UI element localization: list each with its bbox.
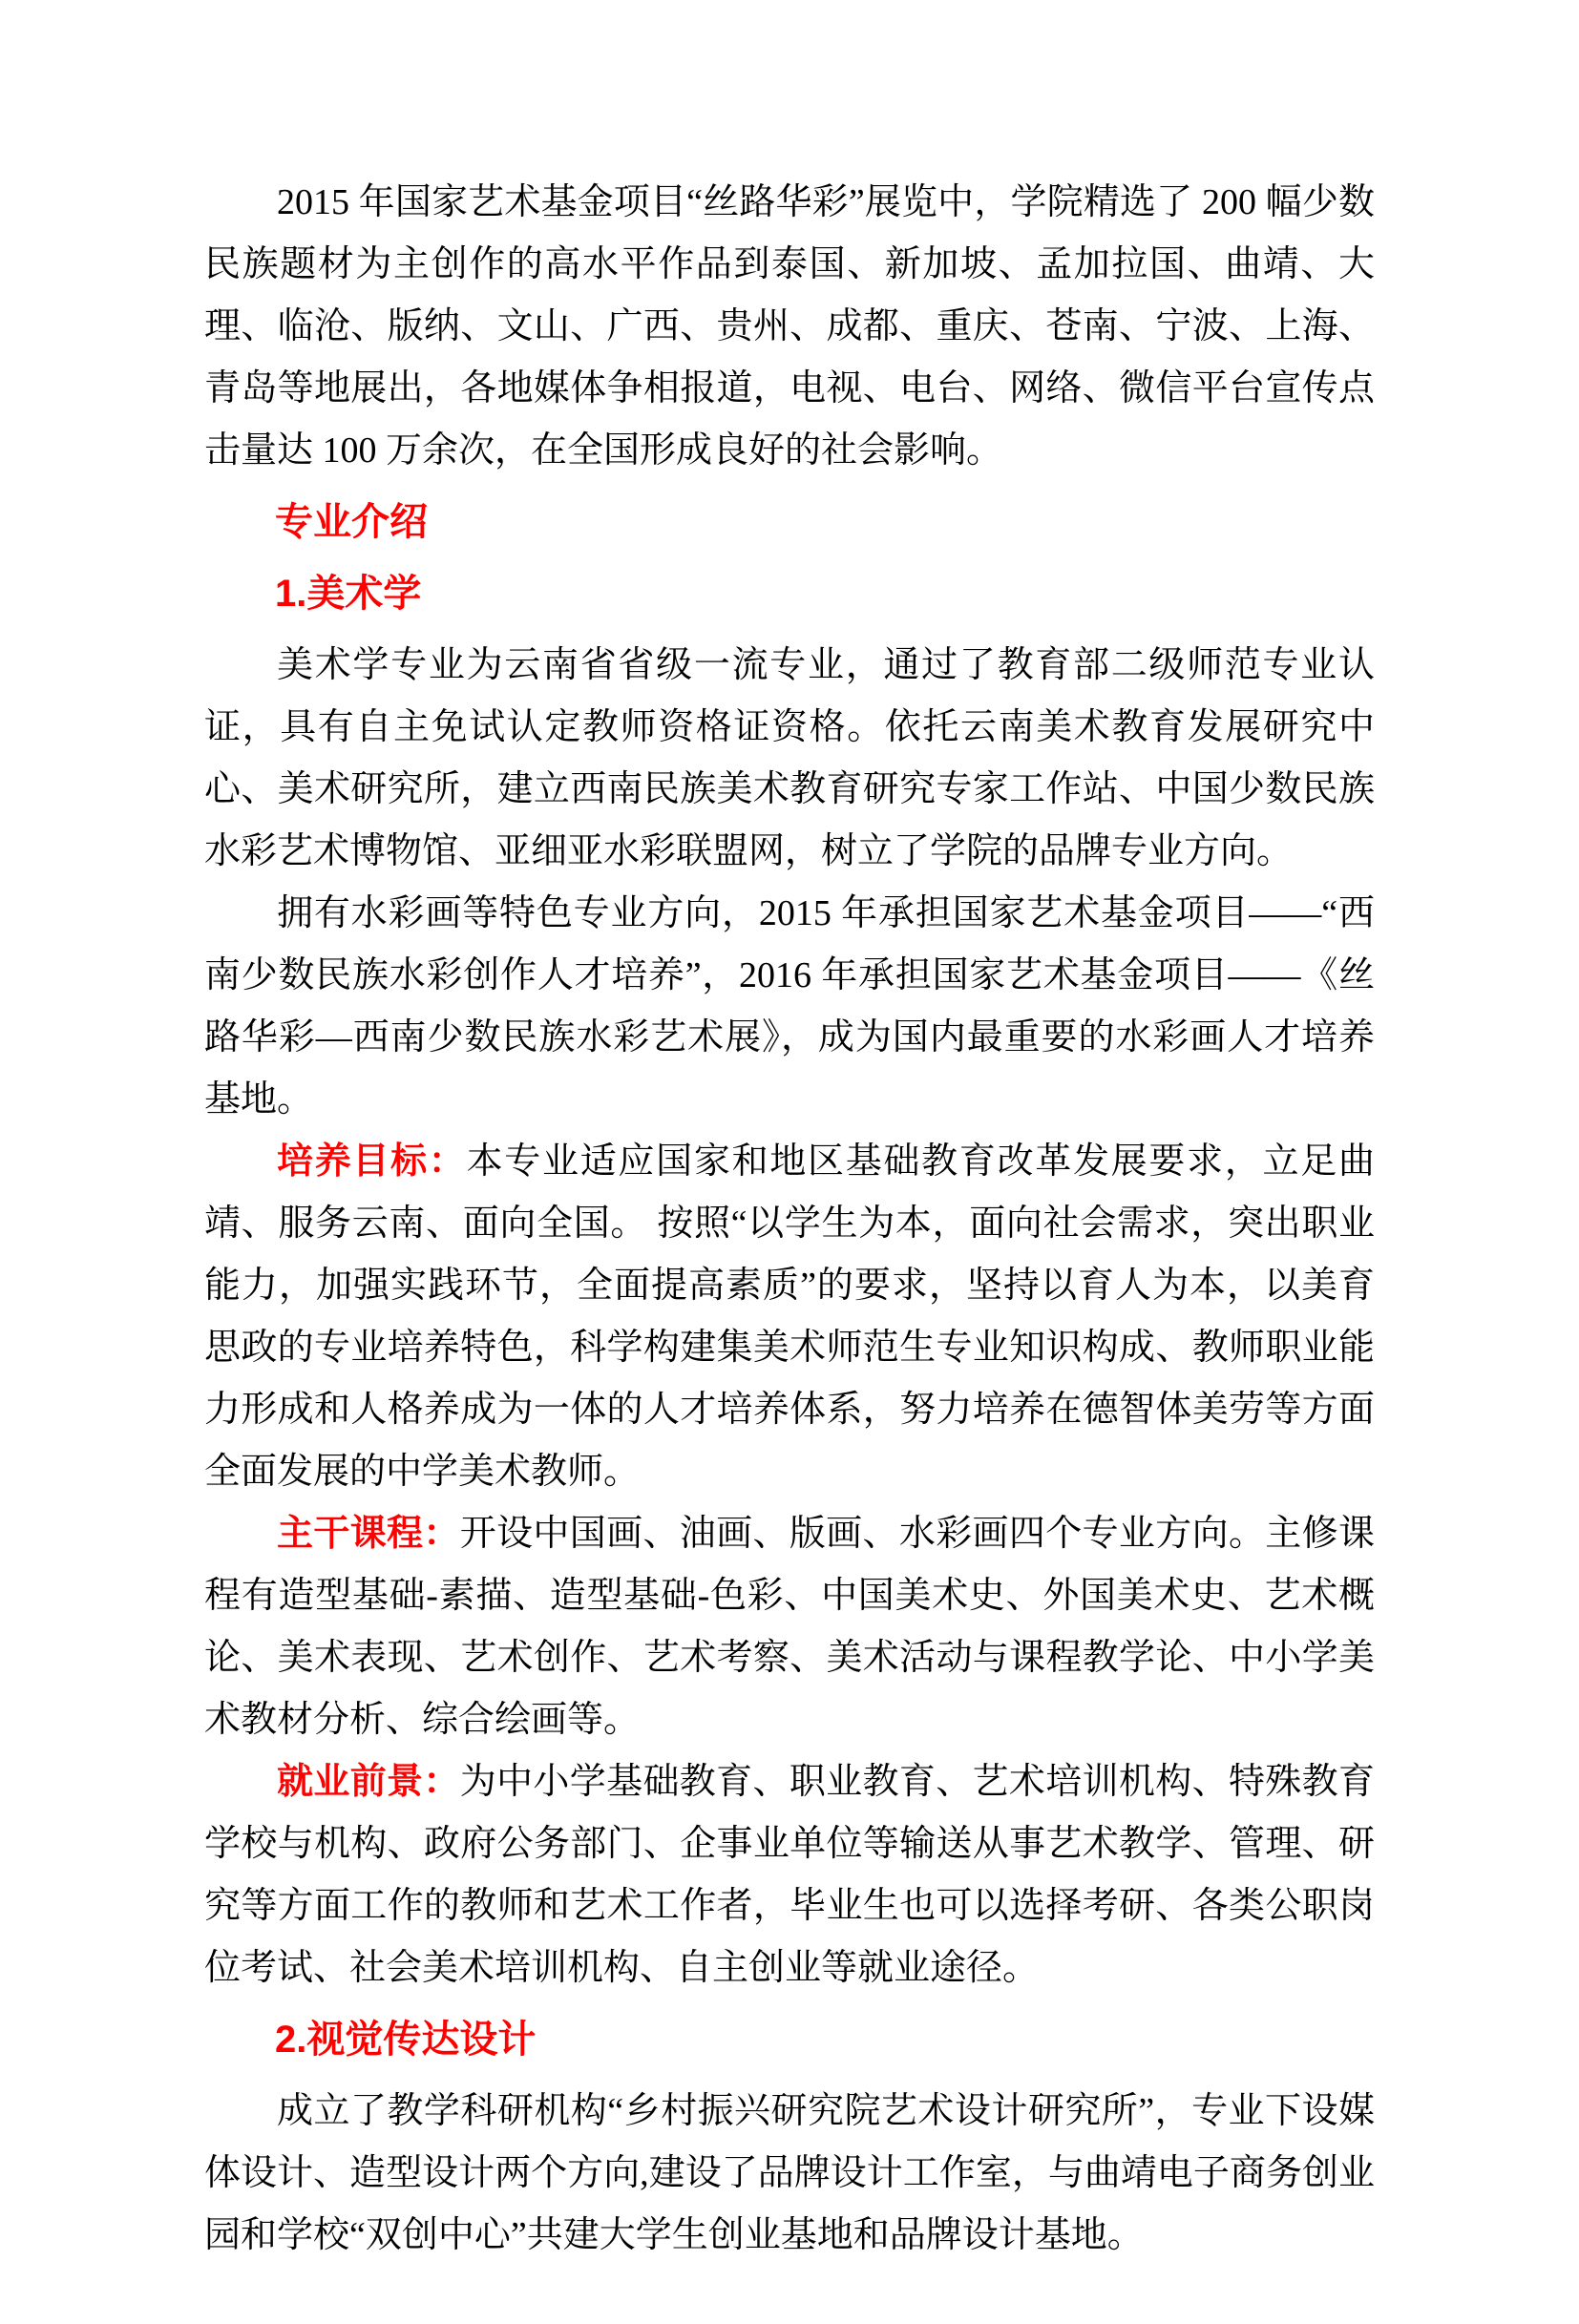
paragraph-training-objectives: 培养目标：本专业适应国家和地区基础教育改革发展要求，立足曲靖、服务云南、面向全国… (204, 1131, 1375, 1503)
section-heading-major-introduction: 专业介绍 (204, 492, 1375, 554)
paragraph-watercolor-programs: 拥有水彩画等特色专业方向，2015 年承担国家艺术基金项目——“西南少数民族水彩… (204, 883, 1375, 1131)
subsection-heading-fine-arts: 1.美术学 (204, 563, 1375, 625)
paragraph-main-courses: 主干课程：开设中国画、油画、版画、水彩画四个专业方向。主修课程有造型基础-素描、… (204, 1503, 1375, 1751)
label-training-objectives: 培养目标： (277, 1141, 467, 1182)
paragraph-fine-arts-overview: 美术学专业为云南省省级一流专业，通过了教育部二级师范专业认证，具有自主免试认定教… (204, 635, 1375, 883)
paragraph-training-objectives-text: 本专业适应国家和地区基础教育改革发展要求，立足曲靖、服务云南、面向全国。 按照“… (204, 1141, 1375, 1492)
subsection-heading-visual-communication-design: 2.视觉传达设计 (204, 2009, 1375, 2071)
label-main-courses: 主干课程： (277, 1514, 460, 1554)
paragraph-career-prospects: 就业前景：为中小学基础教育、职业教育、艺术培训机构、特殊教育学校与机构、政府公务… (204, 1751, 1375, 1999)
label-career-prospects: 就业前景： (277, 1762, 460, 1802)
paragraph-visual-communication-overview: 成立了教学科研机构“乡村振兴研究院艺术设计研究所”，专业下设媒体设计、造型设计两… (204, 2081, 1375, 2267)
paragraph-silk-road-exhibition: 2015 年国家艺术基金项目“丝路华彩”展览中，学院精选了 200 幅少数民族题… (204, 172, 1375, 482)
document-page: 2015 年国家艺术基金项目“丝路华彩”展览中，学院精选了 200 幅少数民族题… (0, 0, 1579, 2324)
